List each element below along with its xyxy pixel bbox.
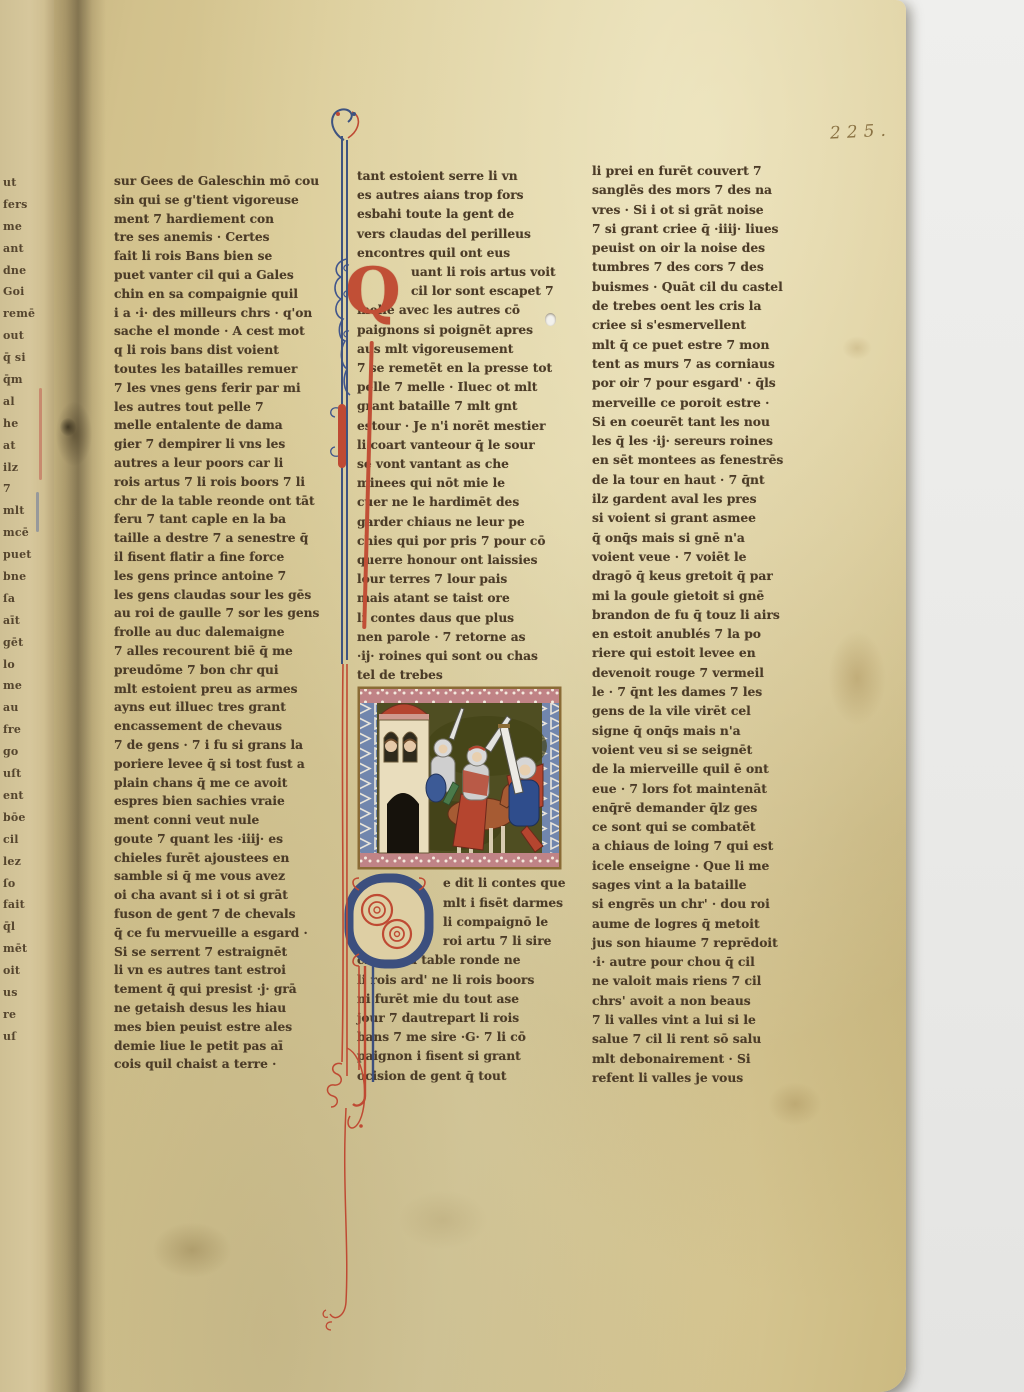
text-line: chr de la table reonde ont tāt — [114, 492, 342, 511]
text-line: q̄l — [3, 920, 45, 942]
text-line: i a ·i· des milleurs chrs · q'on — [114, 304, 342, 323]
text-line: melle entalente de dama — [114, 416, 342, 435]
text-line: oit — [3, 964, 45, 986]
text-line: espres bien sachies vraie — [114, 792, 342, 811]
paragraph-quant-li-rois: Q uant li rois artus voitcil lor sont es… — [357, 263, 579, 685]
text-line: autres a leur poors car li — [114, 454, 342, 473]
text-line: 7 les vnes gens ferir par mi — [114, 379, 342, 398]
text-line: vres · Si i ot si grāt noise — [592, 200, 826, 219]
margin-fragments: utfersmeantdneGoiremēoutq̄ siq̄malheatil… — [3, 176, 45, 1052]
text-line: de la tour en haut · 7 q̄nt — [592, 470, 826, 489]
text-line: Si en coeurēt tant les nou — [592, 412, 826, 431]
text-line: fait li rois Bans bien se — [114, 247, 342, 266]
text-line: 7 si grant criee q̄ ·iiij· liues — [592, 219, 826, 238]
text-line: feru 7 tant caple en la ba — [114, 510, 342, 529]
text-line: roi artu 7 li sire — [443, 932, 579, 951]
text-line: li compaignō le — [443, 913, 579, 932]
text-line: mais atant se taist ore — [357, 589, 579, 608]
text-line: esbahi toute la gent de — [357, 205, 579, 224]
text-line: gens de la vile virēt cel — [592, 701, 826, 720]
text-line: me — [3, 220, 45, 242]
text-line: li vn es autres tant estroi — [114, 961, 342, 980]
text-column-1: sur Gees de Galeschin mō cousin qui se g… — [114, 172, 342, 1074]
text-line: uſt — [3, 767, 45, 789]
text-line: les autres tout pelle 7 — [114, 398, 342, 417]
text-line: encassement de chevaus — [114, 717, 342, 736]
text-line: dne — [3, 264, 45, 286]
text-line: devenoit rouge 7 vermeil — [592, 663, 826, 682]
text-line: si voient si grant asmee — [592, 508, 826, 527]
text-line: ·ij· roines qui sont ou chas — [357, 647, 579, 666]
text-line: q̄ ce fu mervueille a esgard · — [114, 924, 342, 943]
text-line: q li rois bans dist voient — [114, 341, 342, 360]
text-line: tumbres 7 des cors 7 des — [592, 257, 826, 276]
text-line: remē — [3, 307, 45, 329]
text-line: ant — [3, 242, 45, 264]
text-line: de trebes oent les cris la — [592, 296, 826, 315]
text-line: ·i· autre pour chou q̄ cil — [592, 952, 826, 971]
text-line: bne — [3, 570, 45, 592]
text-line: frolle au duc dalemaigne — [114, 623, 342, 642]
text-line: enq̄rē demander q̄lz ges — [592, 798, 826, 817]
text-line: cil — [3, 833, 45, 855]
text-line: 7 alles recourent biē q̄ me — [114, 642, 342, 661]
text-line: bōe — [3, 811, 45, 833]
text-line: fuson de gent 7 de chevals — [114, 905, 342, 924]
text-line: icele enseigne · Que li me — [592, 856, 826, 875]
gutter-stain — [60, 418, 76, 436]
text-line: il fisent flatir a fine force — [114, 548, 342, 567]
text-line: cuer ne le hardimēt des — [357, 493, 579, 512]
text-line: ne valoit mais riens 7 cil — [592, 971, 826, 990]
text-line: gier 7 dempirer li vns les — [114, 435, 342, 454]
text-line: toutes les batailles remuer — [114, 360, 342, 379]
text-line: chrs' avoit a non beaus — [592, 991, 826, 1010]
text-line: rois artus 7 li rois boors 7 li — [114, 473, 342, 492]
text-line: ent — [3, 789, 45, 811]
text-line: fers — [3, 198, 45, 220]
text-line: ut — [3, 176, 45, 198]
text-line: tre ses anemis · Certes — [114, 228, 342, 247]
text-line: puet — [3, 548, 45, 570]
text-line: goute 7 quant les ·iiij· es — [114, 830, 342, 849]
text-line: chies qui por pris 7 pour cō — [357, 532, 579, 551]
text-line: es autres aians trop fors — [357, 186, 579, 205]
text-line: aīt — [3, 614, 45, 636]
text-line: ayns eut illuec tres grant — [114, 698, 342, 717]
text-line: lour terres 7 lour pais — [357, 570, 579, 589]
text-line: poriere levee q̄ si tost fust a — [114, 755, 342, 774]
text-line: ſo — [3, 877, 45, 899]
paragraph-ce-dit-li-contes: C e dit li contes quemlt i fisēt darmesl… — [357, 874, 579, 1085]
text-line: vers claudas del perilleus — [357, 225, 579, 244]
parchment-stain — [768, 1082, 822, 1126]
text-line: querre honour ont laissies — [357, 551, 579, 570]
text-line: tent as murs 7 as corniaus — [592, 354, 826, 373]
parchment-stain — [828, 630, 886, 726]
text-line: aume de logres q̄ metoit — [592, 914, 826, 933]
text-line: chieles furēt ajoustees en — [114, 849, 342, 868]
text-line: me — [3, 679, 45, 701]
text-line: peuist on oir la noise des — [592, 238, 826, 257]
text-line: li coart vanteour q̄ le sour — [357, 436, 579, 455]
text-line: si engrēs un chr' · dou roi — [592, 894, 826, 913]
gutter-shadow — [44, 0, 106, 1392]
text-column-2: tant estoient serre li vnes autres aians… — [357, 167, 579, 1086]
text-line: gēt — [3, 636, 45, 658]
text-line: ilz gardent aval les pres — [592, 489, 826, 508]
text-line: lo — [3, 658, 45, 680]
text-line: 7 li valles vint a lui si le — [592, 1010, 826, 1029]
manuscript-scan: { "page": { "folio_number": "225.", "col… — [0, 0, 1024, 1392]
text-line: signe q̄ onq̄s mais n'a — [592, 721, 826, 740]
text-line: mes bien peuist estre ales — [114, 1018, 342, 1037]
text-line: us — [3, 986, 45, 1008]
text-line: tement q̄ qui presist ·j· grā — [114, 980, 342, 999]
text-line: ment conni veut nule — [114, 811, 342, 830]
text-line: jus son hiaume 7 reprēdoit — [592, 933, 826, 952]
castle-tower — [379, 704, 429, 853]
text-line: brandon de fu q̄ touz li airs — [592, 605, 826, 624]
text-line: salue 7 cil li rent sō salu — [592, 1029, 826, 1048]
text-line: q̄ onq̄s mais si gnē n'a — [592, 528, 826, 547]
text-line: sache el monde · A cest mot — [114, 322, 342, 341]
text-line: plain chans q̄ me ce avoit — [114, 774, 342, 793]
folio-number: 225. — [830, 120, 893, 143]
text-line: mlt q̄ ce puet estre 7 mon — [592, 335, 826, 354]
text-column-3: li prei en furēt couvert 7sanglēs des mo… — [592, 161, 826, 1087]
text-line: grant bataille 7 mlt gnt — [357, 397, 579, 416]
miniature-battle-at-castle — [357, 686, 562, 870]
parchment-stain — [398, 1190, 488, 1250]
text-line: ment 7 hardiement con — [114, 210, 342, 229]
text-line: minees qui nōt mie le — [357, 474, 579, 493]
text-line: ne getaish desus les hiau — [114, 999, 342, 1018]
text-line: les gens prince antoine 7 — [114, 567, 342, 586]
text-line: sur Gees de Galeschin mō cou — [114, 172, 342, 191]
text-line: mlt i fisēt darmes — [443, 894, 579, 913]
text-line: de la mierveille quil ē ont — [592, 759, 826, 778]
text-line: chin en sa compaignie quil — [114, 285, 342, 304]
text-line: sages vint a la bataille — [592, 875, 826, 894]
parchment-page: utfersmeantdneGoiremēoutq̄ siq̄malheatil… — [0, 0, 906, 1392]
text-line: a chiaus de loing 7 qui est — [592, 836, 826, 855]
text-line: samble si q̄ me vous avez — [114, 867, 342, 886]
text-line: tant estoient serre li vn — [357, 167, 579, 186]
text-line: sin qui se g'tient vigoreuse — [114, 191, 342, 210]
text-line: se vont vantant as che — [357, 455, 579, 474]
text-line: tel de trebes — [357, 666, 579, 685]
text-line: au roi de gaulle 7 sor les gens — [114, 604, 342, 623]
text-line: cois quil chaist a terre · — [114, 1055, 342, 1074]
text-line: mlt estoient preu as armes — [114, 680, 342, 699]
text-line: ſa — [3, 592, 45, 614]
text-line: ce sont qui se combatēt — [592, 817, 826, 836]
text-line: e dit li contes que — [443, 874, 579, 893]
tower-doorway — [387, 793, 419, 853]
text-line: criee si s'esmervellent — [592, 315, 826, 334]
parchment-stain — [152, 1222, 232, 1278]
text-line: eue · 7 lors fot maintenāt — [592, 779, 826, 798]
text-line: lez — [3, 855, 45, 877]
parchment-hole — [545, 313, 556, 326]
text-line: por oir 7 pour esgard' · q̄ls — [592, 373, 826, 392]
text-line: fait — [3, 898, 45, 920]
column-divider-flourish — [320, 104, 372, 1348]
text-line: cil lor sont escapet 7 — [411, 282, 579, 301]
gutter-stain — [56, 402, 92, 466]
text-line: fre — [3, 723, 45, 745]
edge-decoration-blue — [36, 492, 39, 532]
text-line: voient veue · 7 voiēt le — [592, 547, 826, 566]
text-line: les q̄ les ·ij· sereurs roines — [592, 431, 826, 450]
text-line: demie liue le petit pas aī — [114, 1037, 342, 1056]
text-line: Si se serrent 7 estraignēt — [114, 943, 342, 962]
text-line: mlt debonairement · Si — [592, 1049, 826, 1068]
text-line: mēt — [3, 942, 45, 964]
edge-decoration-red — [39, 388, 42, 480]
text-line: riere qui estoit levee en — [592, 643, 826, 662]
text-line: Goi — [3, 285, 45, 307]
text-line: voient veu si se seignēt — [592, 740, 826, 759]
text-line: en sēt montees as fenestrēs — [592, 450, 826, 469]
text-line: en estoit anublés 7 la po — [592, 624, 826, 643]
text-line: les gens claudas sour les gēs — [114, 586, 342, 605]
text-line: puet vanter cil qui a Gales — [114, 266, 342, 285]
text-line: merveille ce poroit estre · — [592, 393, 826, 412]
text-line: uſ — [3, 1030, 45, 1052]
text-line: out — [3, 329, 45, 351]
text-line: mi la goule gietoit si gnē — [592, 586, 826, 605]
text-line: sanglēs des mors 7 des na — [592, 180, 826, 199]
text-line: pelle 7 melle · Iluec ot mlt — [357, 378, 579, 397]
text-line: preudōme 7 bon chr qui — [114, 661, 342, 680]
text-line: dragō q̄ keus gretoit q̄ par — [592, 566, 826, 585]
text-line: go — [3, 745, 45, 767]
text-line: re — [3, 1008, 45, 1030]
text-line: 7 de gens · 7 i fu si grans la — [114, 736, 342, 755]
text-line: oi cha avant si i ot si grāt — [114, 886, 342, 905]
text-line: li prei en furēt couvert 7 — [592, 161, 826, 180]
text-line: taille a destre 7 a senestre q̄ — [114, 529, 342, 548]
text-line: buismes · Quāt cil du castel — [592, 277, 826, 296]
text-line: li contes daus que plus — [357, 609, 579, 628]
column2-opening-lines: tant estoient serre li vnes autres aians… — [357, 167, 579, 263]
text-line: q̄ si — [3, 351, 45, 373]
text-line: au — [3, 701, 45, 723]
text-line: le · 7 q̄nt les dames 7 les — [592, 682, 826, 701]
parchment-stain — [842, 336, 872, 360]
text-line: nen parole · 7 retorne as — [357, 628, 579, 647]
text-line: uant li rois artus voit — [411, 263, 579, 282]
miniature-art — [357, 686, 562, 870]
text-line: estour · Je n'i norēt mestier — [357, 417, 579, 436]
text-line: garder chiaus ne leur pe — [357, 513, 579, 532]
